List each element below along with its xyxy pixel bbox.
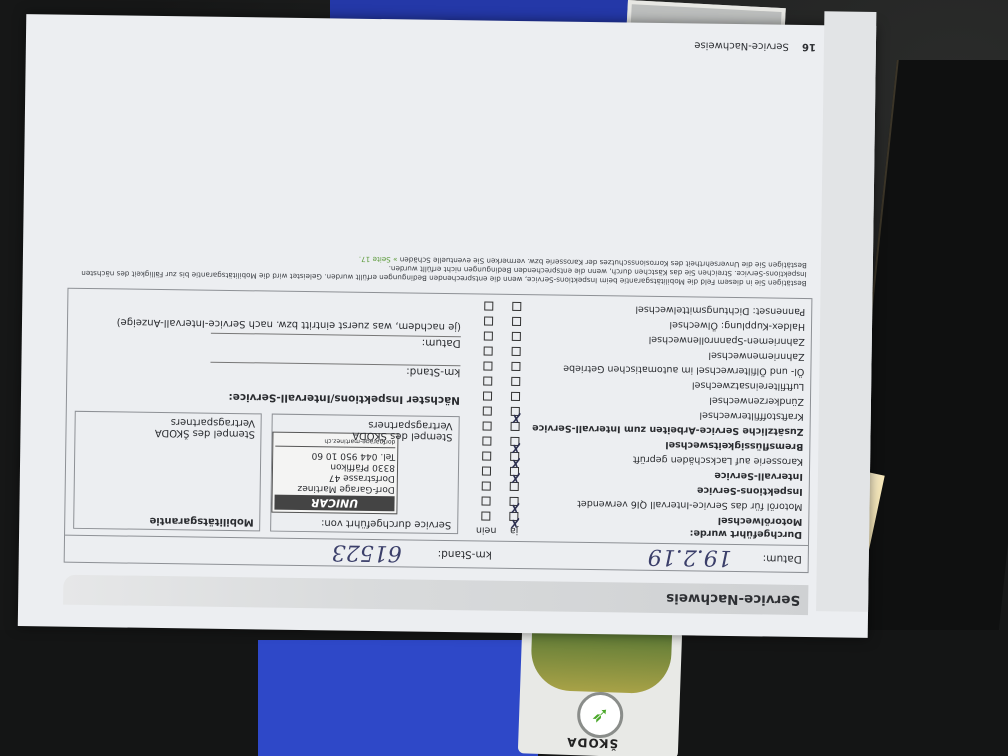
mobility-guarantee-box: Mobilitätsgarantie Stempel des ŠKODA Ver… bbox=[73, 411, 262, 532]
stamp-line-4: Tel. 044 950 10 60 bbox=[275, 449, 395, 462]
no-checkbox[interactable] bbox=[485, 317, 494, 326]
yes-checkbox[interactable] bbox=[513, 317, 522, 326]
footnotes: Bestätigen Sie in diesem Feld die Mobili… bbox=[68, 251, 813, 288]
service-by-label: Service durchgeführt von: bbox=[321, 517, 451, 530]
partner-stamp-label-2: Stempel des ŠKODA Vertragspartners bbox=[75, 415, 255, 440]
no-header: nein bbox=[472, 523, 500, 536]
blue-booklet-bottom bbox=[258, 640, 538, 756]
yes-checkbox[interactable] bbox=[511, 392, 520, 401]
no-checkbox[interactable] bbox=[485, 302, 494, 311]
no-checkbox[interactable] bbox=[482, 467, 491, 476]
date-value[interactable]: 19.2.19 bbox=[492, 542, 732, 570]
no-checkbox[interactable] bbox=[484, 347, 493, 356]
no-checkbox[interactable] bbox=[484, 377, 493, 386]
no-checkbox[interactable] bbox=[483, 452, 492, 461]
skoda-brand: ŠKODA bbox=[566, 735, 618, 751]
service-by-box: Service durchgeführt von: UNICAR Dorf-Ga… bbox=[271, 414, 460, 535]
next-date-label: Datum: bbox=[422, 337, 461, 350]
stamp-area: Service durchgeführt von: UNICAR Dorf-Ga… bbox=[65, 289, 469, 541]
yes-checkbox[interactable] bbox=[512, 362, 521, 371]
facing-page-edge bbox=[816, 11, 876, 612]
next-service-note: (je nachdem, was zuerst eintritt bzw. na… bbox=[76, 316, 461, 332]
mobility-label: Mobilitätsgarantie bbox=[149, 515, 253, 527]
page-17-link[interactable]: » Seite 17. bbox=[359, 255, 398, 265]
unicar-logo: UNICAR bbox=[274, 495, 394, 512]
no-checkbox[interactable] bbox=[482, 482, 491, 491]
stamp-line-2: Dorfstrasse 47 bbox=[275, 471, 395, 484]
next-km-label: km-Stand: bbox=[406, 365, 460, 378]
yes-checkbox[interactable] bbox=[510, 497, 519, 506]
km-label: km-Stand: bbox=[402, 547, 492, 560]
dealer-stamp: UNICAR Dorf-Garage Martinez Dorfstrasse … bbox=[271, 432, 398, 515]
service-booklet-page: Service-Nachweis Datum: 19.2.19 km-Stand… bbox=[18, 14, 876, 638]
no-checkbox[interactable] bbox=[484, 332, 493, 341]
stamp-line-3: 8330 Pfäffikon bbox=[275, 460, 395, 473]
service-record-box: Datum: 19.2.19 km-Stand: 61523 Durchgefü… bbox=[64, 288, 813, 573]
yes-checkbox[interactable] bbox=[512, 377, 521, 386]
date-label: Datum: bbox=[732, 552, 802, 565]
no-checkbox[interactable] bbox=[484, 362, 493, 371]
skoda-booklet: ➶ ŠKODA bbox=[518, 625, 682, 756]
no-checkbox[interactable] bbox=[483, 407, 492, 416]
yes-checkbox[interactable] bbox=[511, 407, 520, 416]
no-checkbox[interactable] bbox=[483, 437, 492, 446]
next-date-field[interactable]: Datum: bbox=[210, 333, 460, 365]
no-checkbox[interactable] bbox=[482, 497, 491, 506]
next-service: Nächster Inspektions/Intervall-Service: … bbox=[75, 316, 461, 406]
next-km-field[interactable]: km-Stand: bbox=[210, 362, 460, 394]
no-checkbox[interactable] bbox=[483, 422, 492, 431]
page-number: 16 bbox=[802, 41, 816, 52]
section-title: Service-Nachweis bbox=[63, 575, 808, 615]
stamp-line-1: Dorf-Garage Martinez bbox=[275, 482, 395, 495]
partner-stamp-label-1: Stempel des ŠKODA Vertragspartners bbox=[273, 418, 453, 443]
yes-checkbox[interactable] bbox=[512, 332, 521, 341]
grass-image bbox=[530, 630, 672, 695]
page-footer-title: Service-Nachweise bbox=[694, 39, 789, 51]
no-checkbox[interactable] bbox=[482, 512, 491, 521]
skoda-logo-icon: ➶ bbox=[576, 691, 624, 739]
yes-checkbox[interactable] bbox=[513, 302, 522, 311]
yes-checkbox[interactable] bbox=[511, 437, 520, 446]
no-checkbox[interactable] bbox=[483, 392, 492, 401]
page-footer: 16 Service-Nachweise bbox=[694, 39, 816, 52]
service-items: Durchgeführt wurde: ja nein Motorölwechs… bbox=[466, 294, 811, 545]
km-value[interactable]: 61523 bbox=[332, 540, 402, 566]
yes-checkbox[interactable] bbox=[512, 347, 521, 356]
